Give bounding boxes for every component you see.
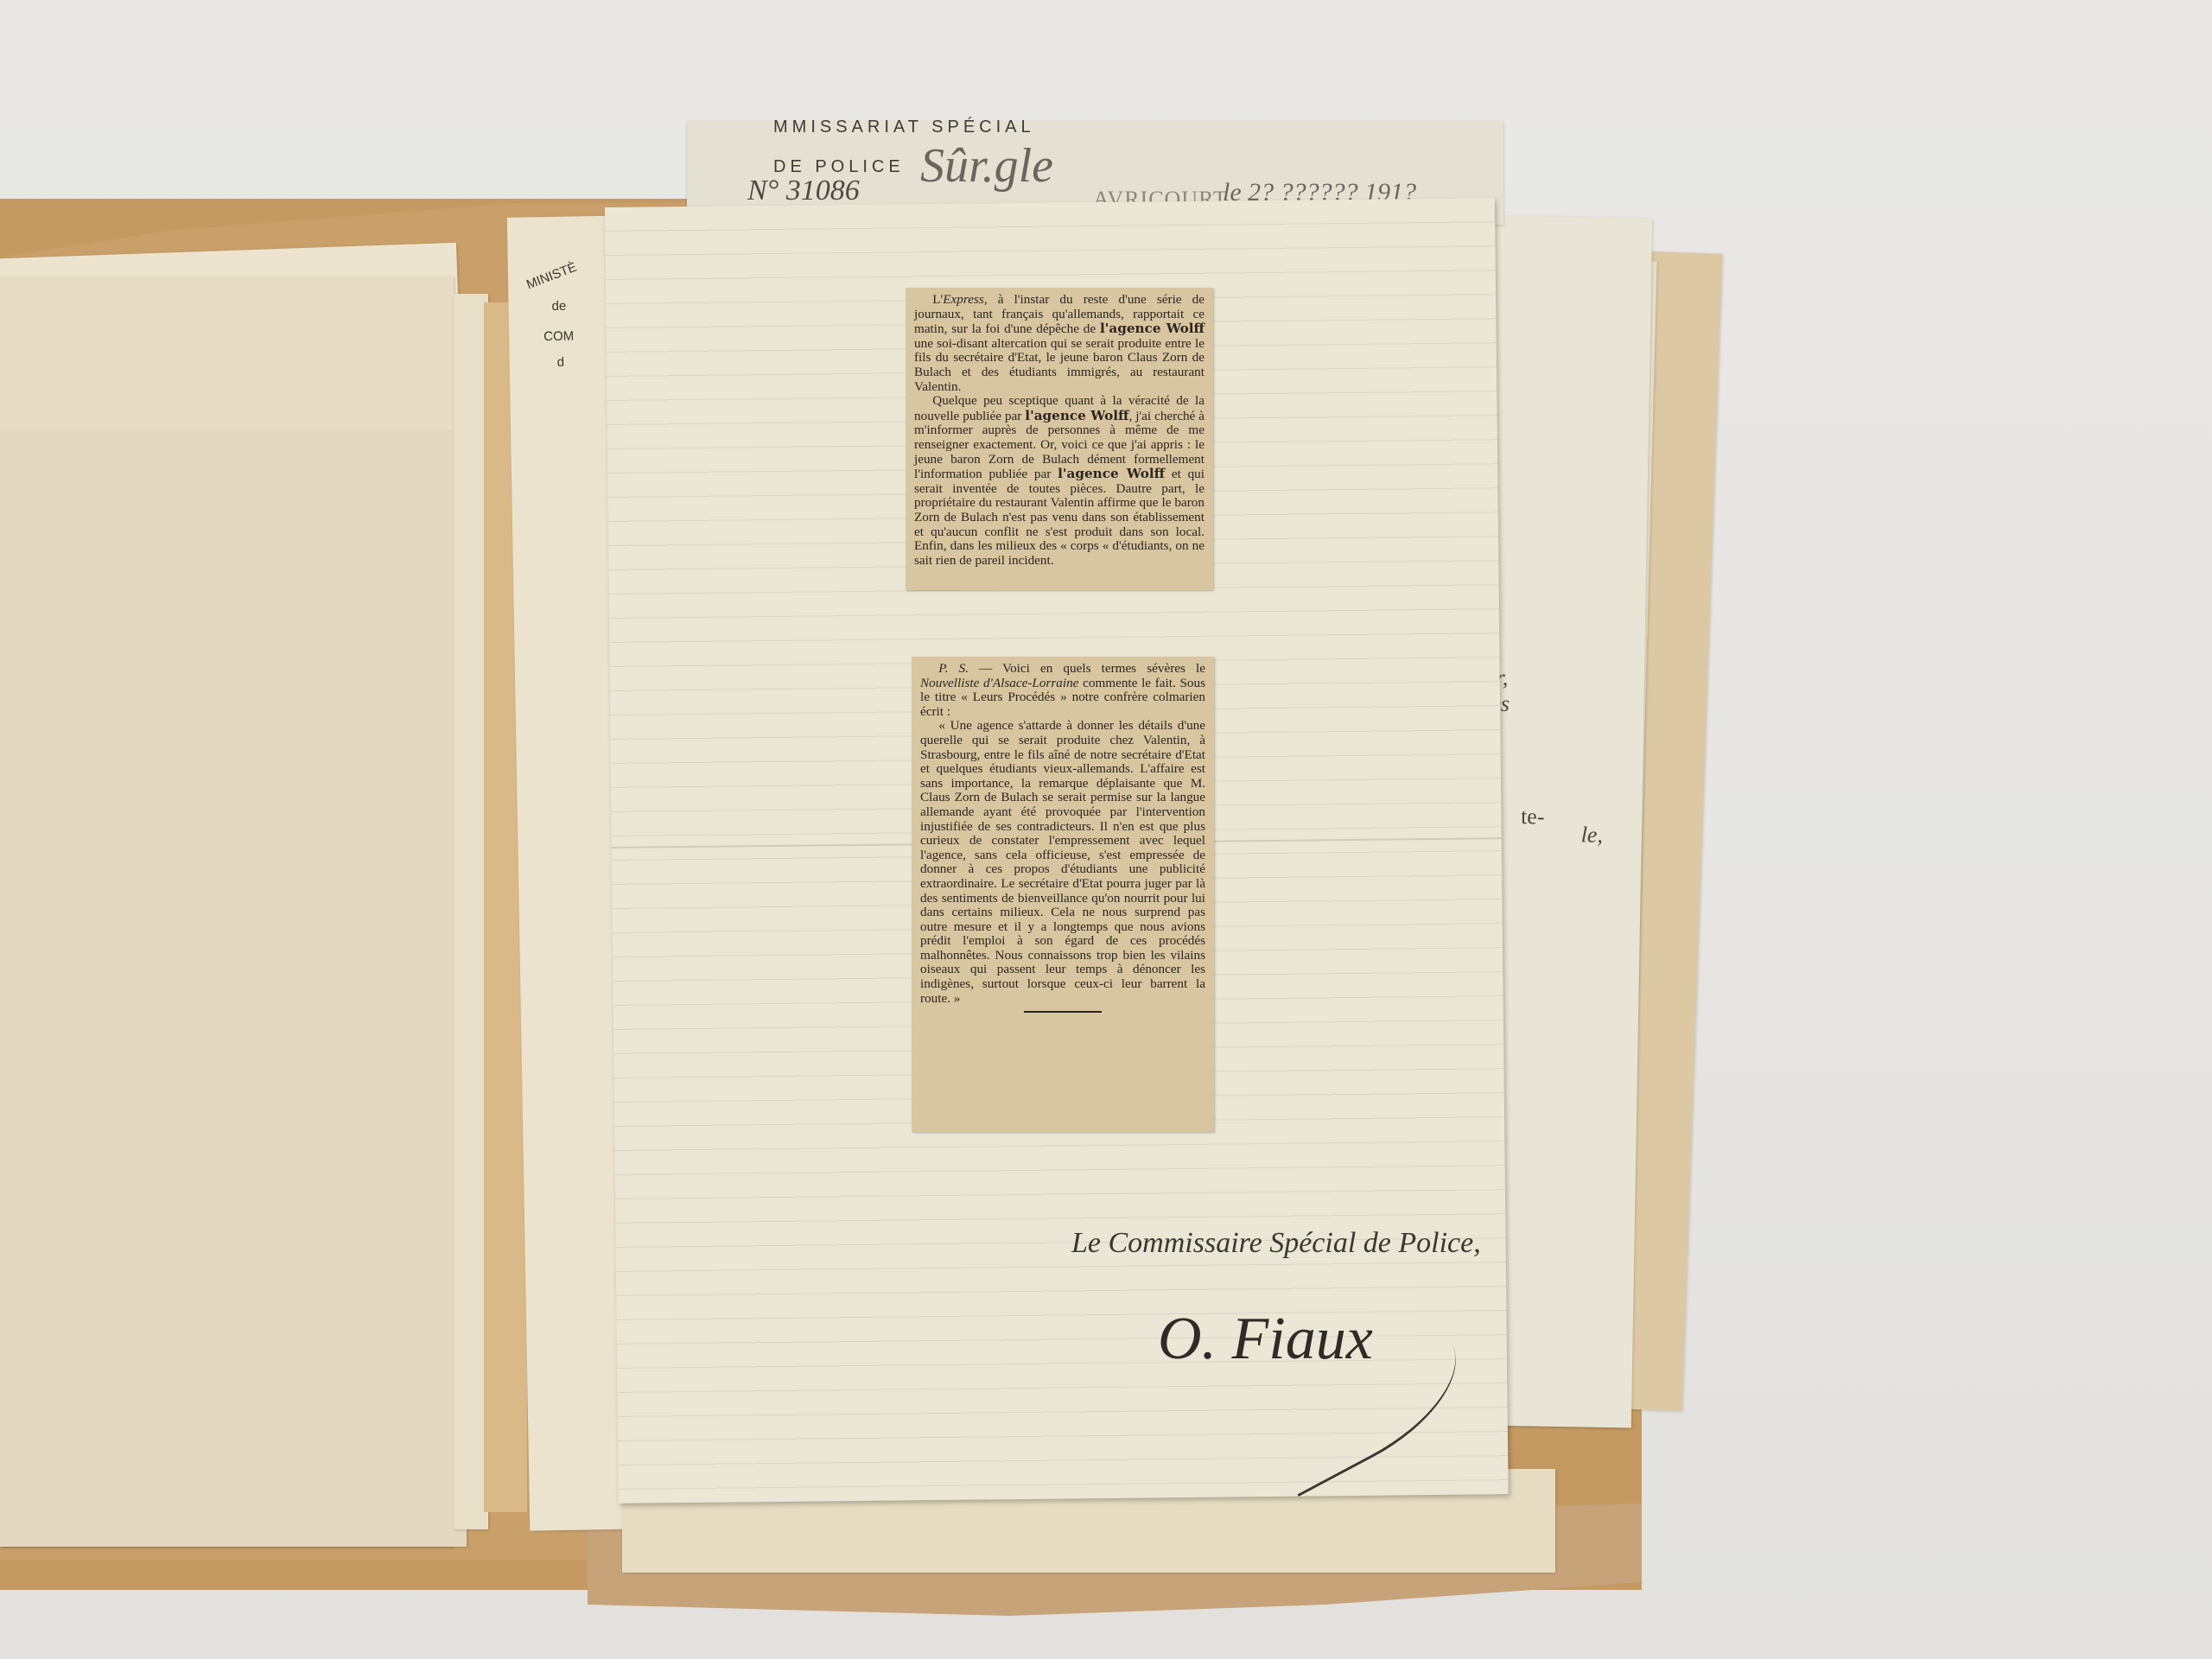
clipping1-paragraph1: L'Express, à l'instar du reste d'une sér… [914,293,1205,394]
clipping1-paragraph2: Quelque peu sceptique quant à la véracit… [914,394,1205,568]
left-page-front [0,432,467,1547]
side-stamp-line3: COM [543,329,574,345]
handwritten-note: Sûr.gle [920,138,1053,194]
file-number: N° 31086 [747,175,860,207]
clipping2-paragraph1: P. S. — Voici en quels termes sévères le… [920,662,1205,719]
side-stamp-line1: MINISTÈ [524,260,579,293]
fragment: le, [1580,822,1603,848]
newspaper-clipping-2: P. S. — Voici en quels termes sévères le… [912,657,1214,1132]
side-stamp-line2: de [551,299,566,314]
left-page-edge [454,294,488,1529]
newspaper-clipping-1: L'Express, à l'instar du reste d'une sér… [906,288,1213,590]
side-stamp-line4: d [557,355,565,370]
signature-title: Le Commissaire Spécial de Police, [1071,1227,1481,1260]
letterhead-commissariat: MMISSARIAT SPÉCIAL [773,118,1035,137]
fragment: te- [1521,804,1545,829]
clipping2-paragraph2: « Une agence s'attarde à donner les déta… [920,719,1205,1006]
clipping-end-rule [1024,1011,1102,1013]
